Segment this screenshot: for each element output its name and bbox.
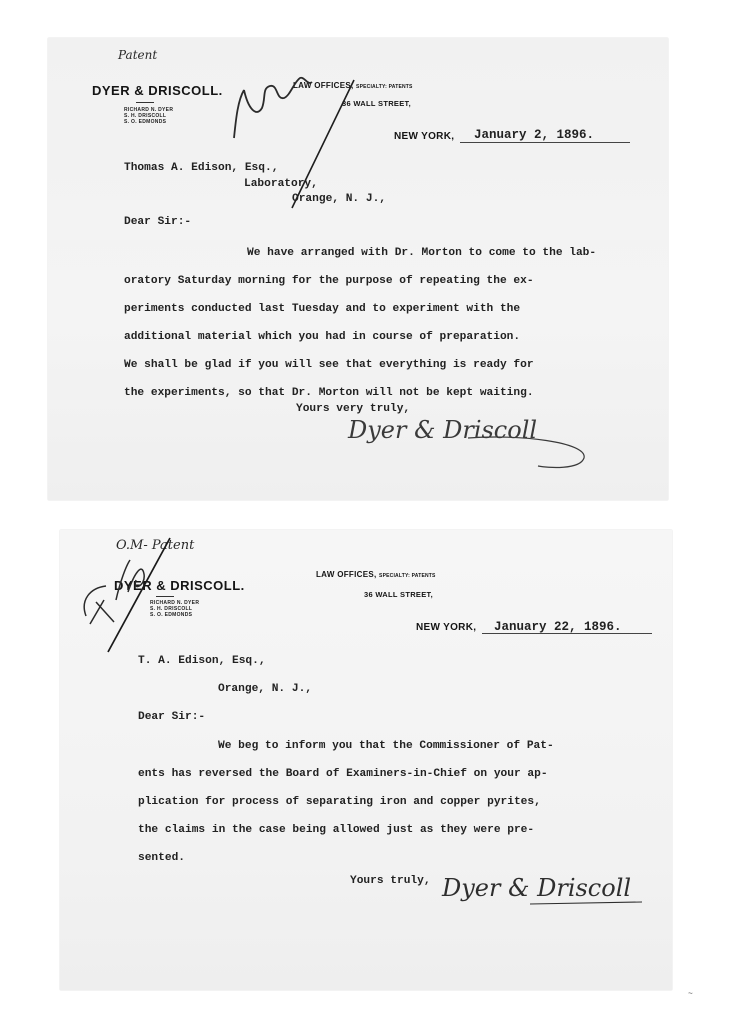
letter-date: January 22, 1896. (494, 620, 622, 634)
closing: Yours truly, (350, 870, 431, 892)
letterhead-rule (136, 102, 154, 103)
recipient-line: T. A. Edison, Esq., (138, 650, 266, 672)
letterhead-partners: RICHARD N. DYER S. H. DRISCOLL S. O. EDM… (124, 107, 173, 125)
letter-date: January 2, 1896. (474, 128, 594, 142)
handwritten-annotation: O.M- Patent (116, 538, 194, 553)
body-line: We beg to inform you that the Commission… (138, 735, 554, 757)
partner-name: S. O. EDMONDS (150, 612, 199, 618)
body-line: oratory Saturday morning for the purpose… (124, 270, 596, 292)
body-line: plication for process of separating iron… (138, 791, 554, 813)
date-underline (460, 142, 630, 143)
letterhead-city: NEW YORK, (416, 622, 476, 633)
body-line: sented. (138, 847, 554, 869)
recipient-line: Orange, N. J., (292, 188, 386, 210)
body-line: We have arranged with Dr. Morton to come… (124, 242, 596, 264)
letterhead-law-offices: LAW OFFICES, SPECIALTY: PATENTS (316, 570, 436, 579)
scan-artifact: ~ (688, 990, 693, 999)
letterhead-city: NEW YORK, (394, 131, 454, 142)
letter-body: We beg to inform you that the Commission… (138, 735, 554, 869)
handwritten-annotation: Patent (118, 48, 157, 62)
letterhead-street: 36 WALL STREET, (342, 99, 411, 108)
letter-body: We have arranged with Dr. Morton to come… (124, 242, 596, 404)
letterhead-street: 36 WALL STREET, (364, 590, 433, 599)
body-line: We shall be glad if you will see that ev… (124, 354, 596, 376)
letterhead-firm-name: DYER & DRISCOLL. (92, 83, 223, 98)
partner-name: S. O. EDMONDS (124, 119, 173, 125)
specialty-label: SPECIALTY: PATENTS (356, 84, 413, 90)
letterhead-rule (156, 596, 174, 597)
body-line: additional material which you had in cou… (124, 326, 596, 348)
signature: Dyer & Driscoll (442, 874, 631, 902)
body-line: the claims in the case being allowed jus… (138, 819, 554, 841)
body-line: ents has reversed the Board of Examiners… (138, 763, 554, 785)
signature: Dyer & Driscoll (348, 416, 537, 444)
salutation: Dear Sir:- (138, 706, 205, 728)
recipient-line: Orange, N. J., (218, 678, 312, 700)
specialty-label: SPECIALTY: PATENTS (379, 573, 436, 579)
letter-page-2: O.M- Patent DYER & DRISCOLL. RICHARD N. … (60, 530, 672, 990)
letter-page-1: Patent DYER & DRISCOLL. RICHARD N. DYER … (48, 38, 668, 500)
body-line: periments conducted last Tuesday and to … (124, 298, 596, 320)
salutation: Dear Sir:- (124, 211, 191, 233)
letterhead-partners: RICHARD N. DYER S. H. DRISCOLL S. O. EDM… (150, 600, 199, 618)
signature-underline-icon (530, 902, 642, 904)
law-offices-label: LAW OFFICES, (316, 570, 377, 579)
date-underline (482, 633, 652, 634)
